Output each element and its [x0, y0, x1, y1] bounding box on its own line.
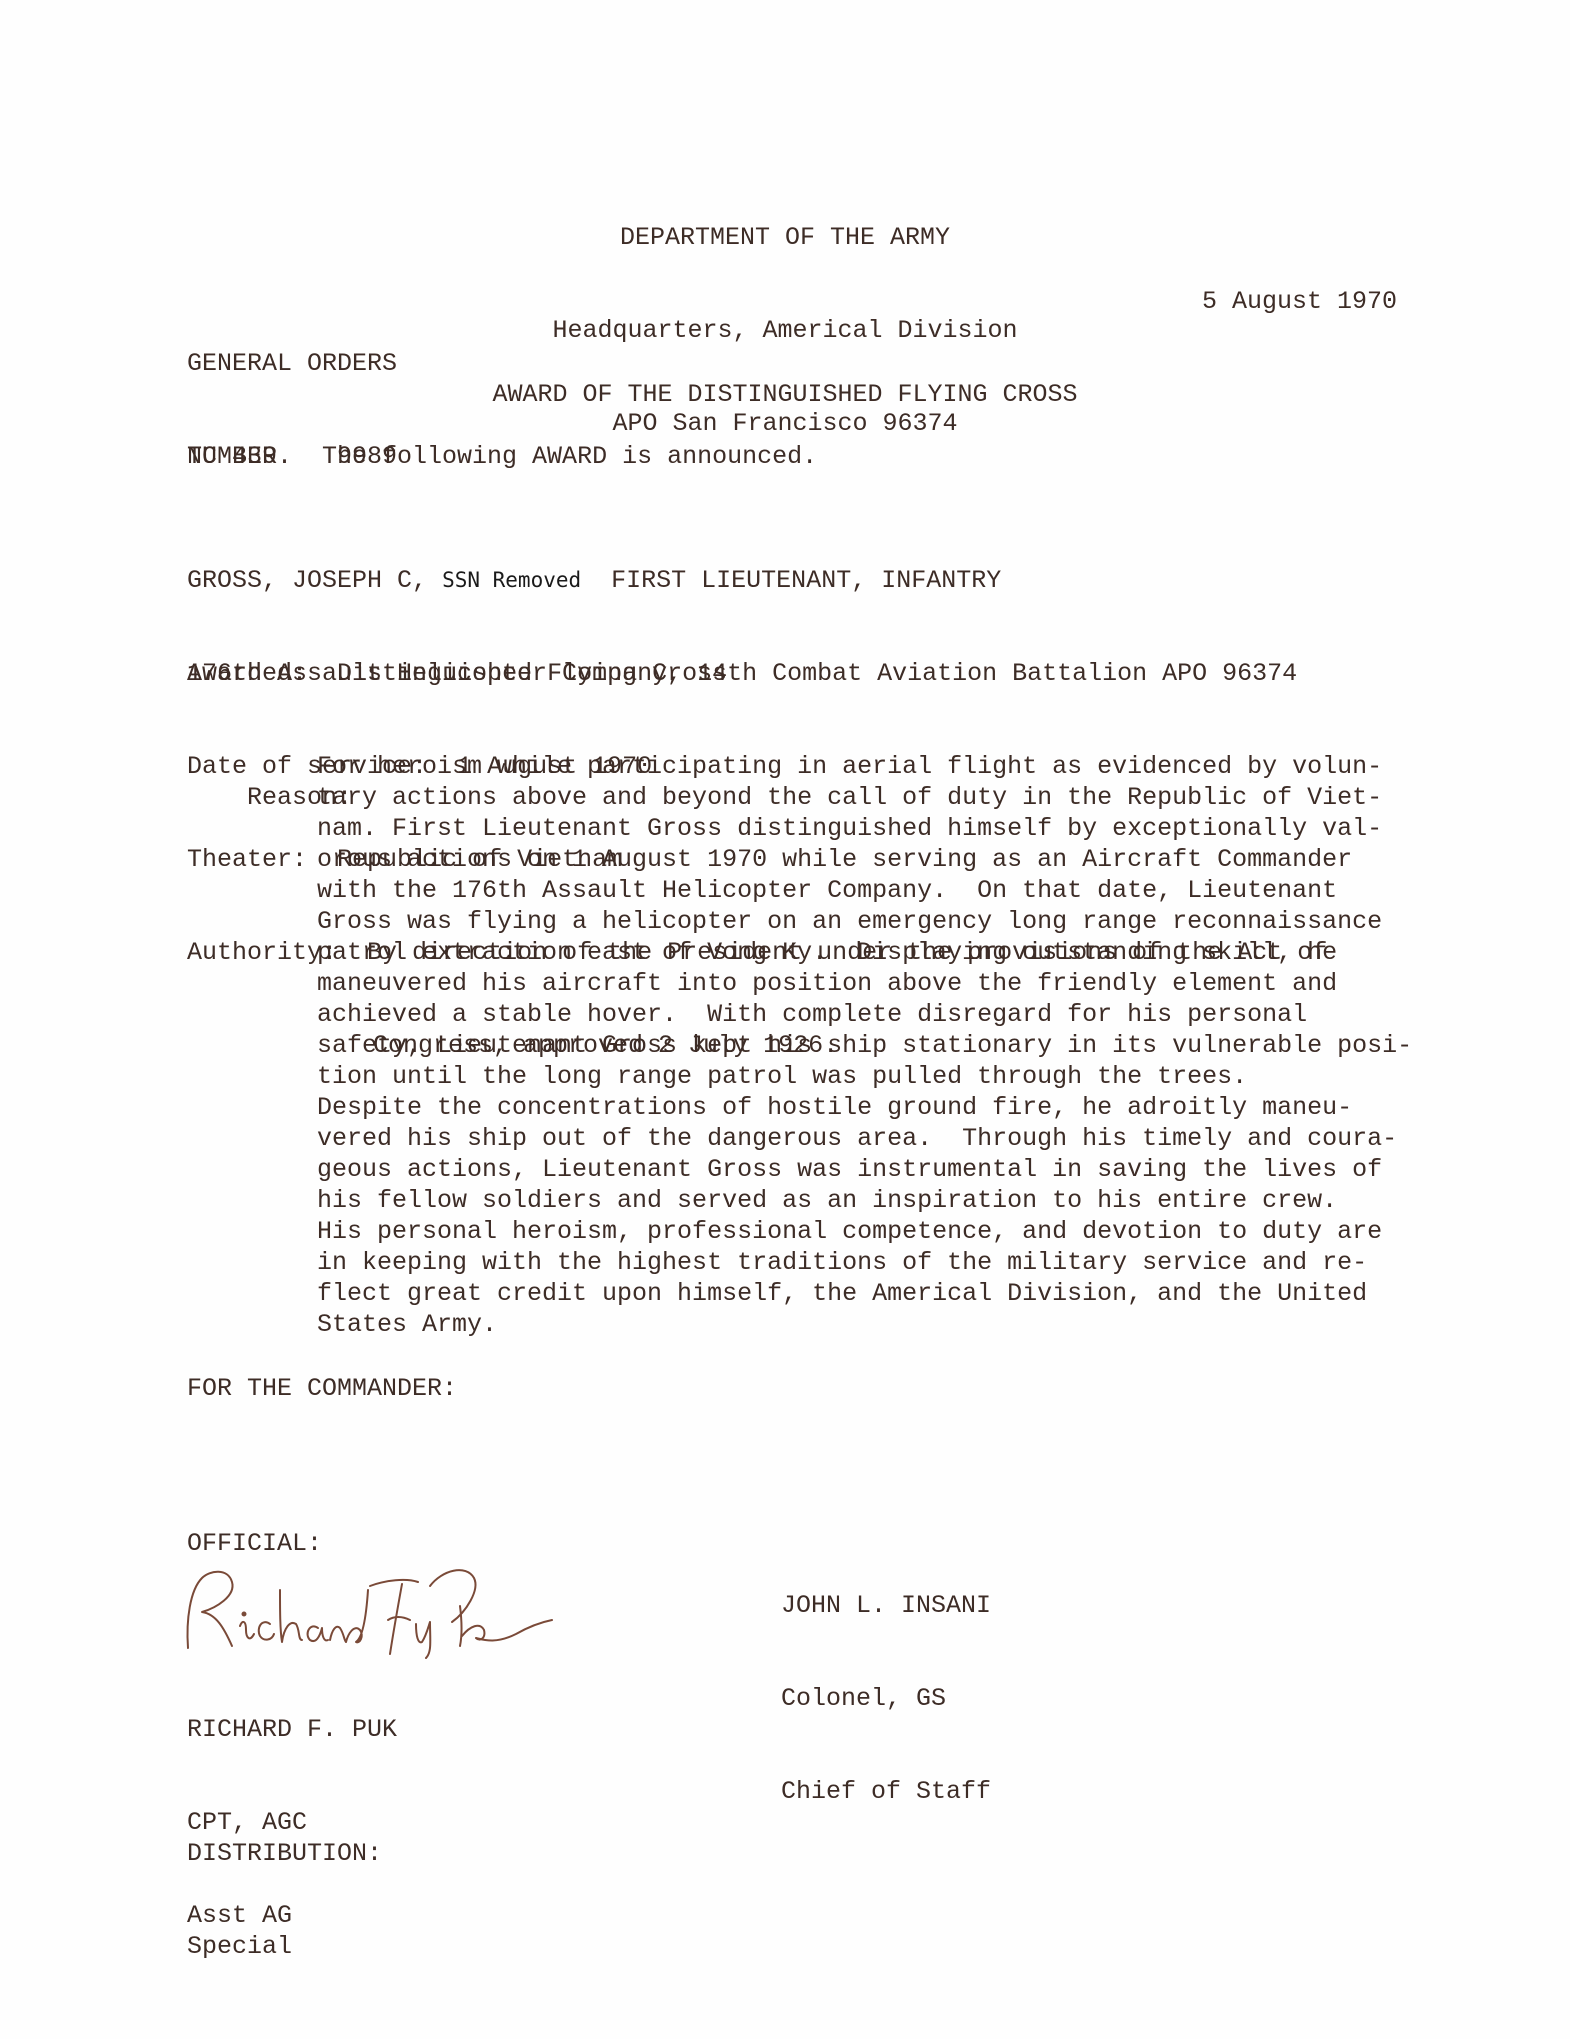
recipient-rank: FIRST LIEUTENANT, INFANTRY — [611, 566, 1001, 595]
reason-line: tion until the long range patrol was pul… — [317, 1061, 1412, 1092]
commander-name: JOHN L. INSANI — [781, 1590, 991, 1621]
commander-signature-block: JOHN L. INSANI Colonel, GS Chief of Staf… — [781, 1528, 991, 1869]
awarded-value: Distinguished Flying Cross — [337, 659, 727, 688]
signature-icon — [180, 1550, 560, 1660]
distribution-block: DISTRIBUTION: Special — [187, 1776, 382, 2024]
reason-line: For heroism while participating in aeria… — [317, 751, 1412, 782]
reason-line: States Army. — [317, 1309, 1412, 1340]
reason-line: orous actions on 1 August 1970 while ser… — [317, 844, 1412, 875]
awarded-label: Awarded: — [187, 659, 307, 688]
reason-line: patrol extraction east of Vong Ky. Displ… — [317, 937, 1412, 968]
recipient-ssn: SSN Removed — [442, 568, 581, 592]
award-title: AWARD OF THE DISTINGUISHED FLYING CROSS — [0, 379, 1570, 410]
reason-line: nam. First Lieutenant Gross distinguishe… — [317, 813, 1412, 844]
announcement: TC 439. The following AWARD is announced… — [187, 441, 817, 472]
general-orders-label: GENERAL ORDERS — [187, 348, 397, 379]
reason-line: Gross was flying a helicopter on an emer… — [317, 906, 1412, 937]
field-awarded: Awarded: Distinguished Flying Cross — [187, 658, 1327, 689]
commander-rank: Colonel, GS — [781, 1683, 991, 1714]
authority-label: Authority: — [187, 938, 337, 967]
reason-line: geous actions, Lieutenant Gross was inst… — [317, 1154, 1412, 1185]
reason-line: vered his ship out of the dangerous area… — [317, 1123, 1412, 1154]
official-name: RICHARD F. PUK — [187, 1714, 397, 1745]
recipient-line: GROSS, JOSEPH C, SSN Removed FIRST LIEUT… — [187, 565, 1297, 596]
general-orders-block: GENERAL ORDERS NUMBER 9989 — [187, 286, 397, 534]
reason-line: safety, Lieutenant Gross kept his ship s… — [317, 1030, 1412, 1061]
distribution-value: Special — [187, 1931, 382, 1962]
reason-line: with the 176th Assault Helicopter Compan… — [317, 875, 1412, 906]
for-the-commander: FOR THE COMMANDER: — [187, 1373, 457, 1404]
reason-line: maneuvered his aircraft into position ab… — [317, 968, 1412, 999]
recipient-name: GROSS, JOSEPH C, — [187, 566, 427, 595]
letterhead-department: DEPARTMENT OF THE ARMY — [0, 222, 1570, 253]
reason-line: flect great credit upon himself, the Ame… — [317, 1278, 1412, 1309]
reason-line: in keeping with the highest traditions o… — [317, 1247, 1412, 1278]
commander-title: Chief of Staff — [781, 1776, 991, 1807]
reason-line: achieved a stable hover. With complete d… — [317, 999, 1412, 1030]
field-reason: Reason: For heroism while participating … — [187, 751, 352, 875]
reason-line: tary actions above and beyond the call o… — [317, 782, 1412, 813]
reason-text: For heroism while participating in aeria… — [317, 751, 1412, 1340]
reason-line: His personal heroism, professional compe… — [317, 1216, 1412, 1247]
reason-line: Despite the concentrations of hostile gr… — [317, 1092, 1412, 1123]
document-page: DEPARTMENT OF THE ARMY Headquarters, Ame… — [0, 0, 1570, 2039]
order-date: 5 August 1970 — [1202, 286, 1397, 317]
reason-line: his fellow soldiers and served as an ins… — [317, 1185, 1412, 1216]
distribution-label: DISTRIBUTION: — [187, 1838, 382, 1869]
